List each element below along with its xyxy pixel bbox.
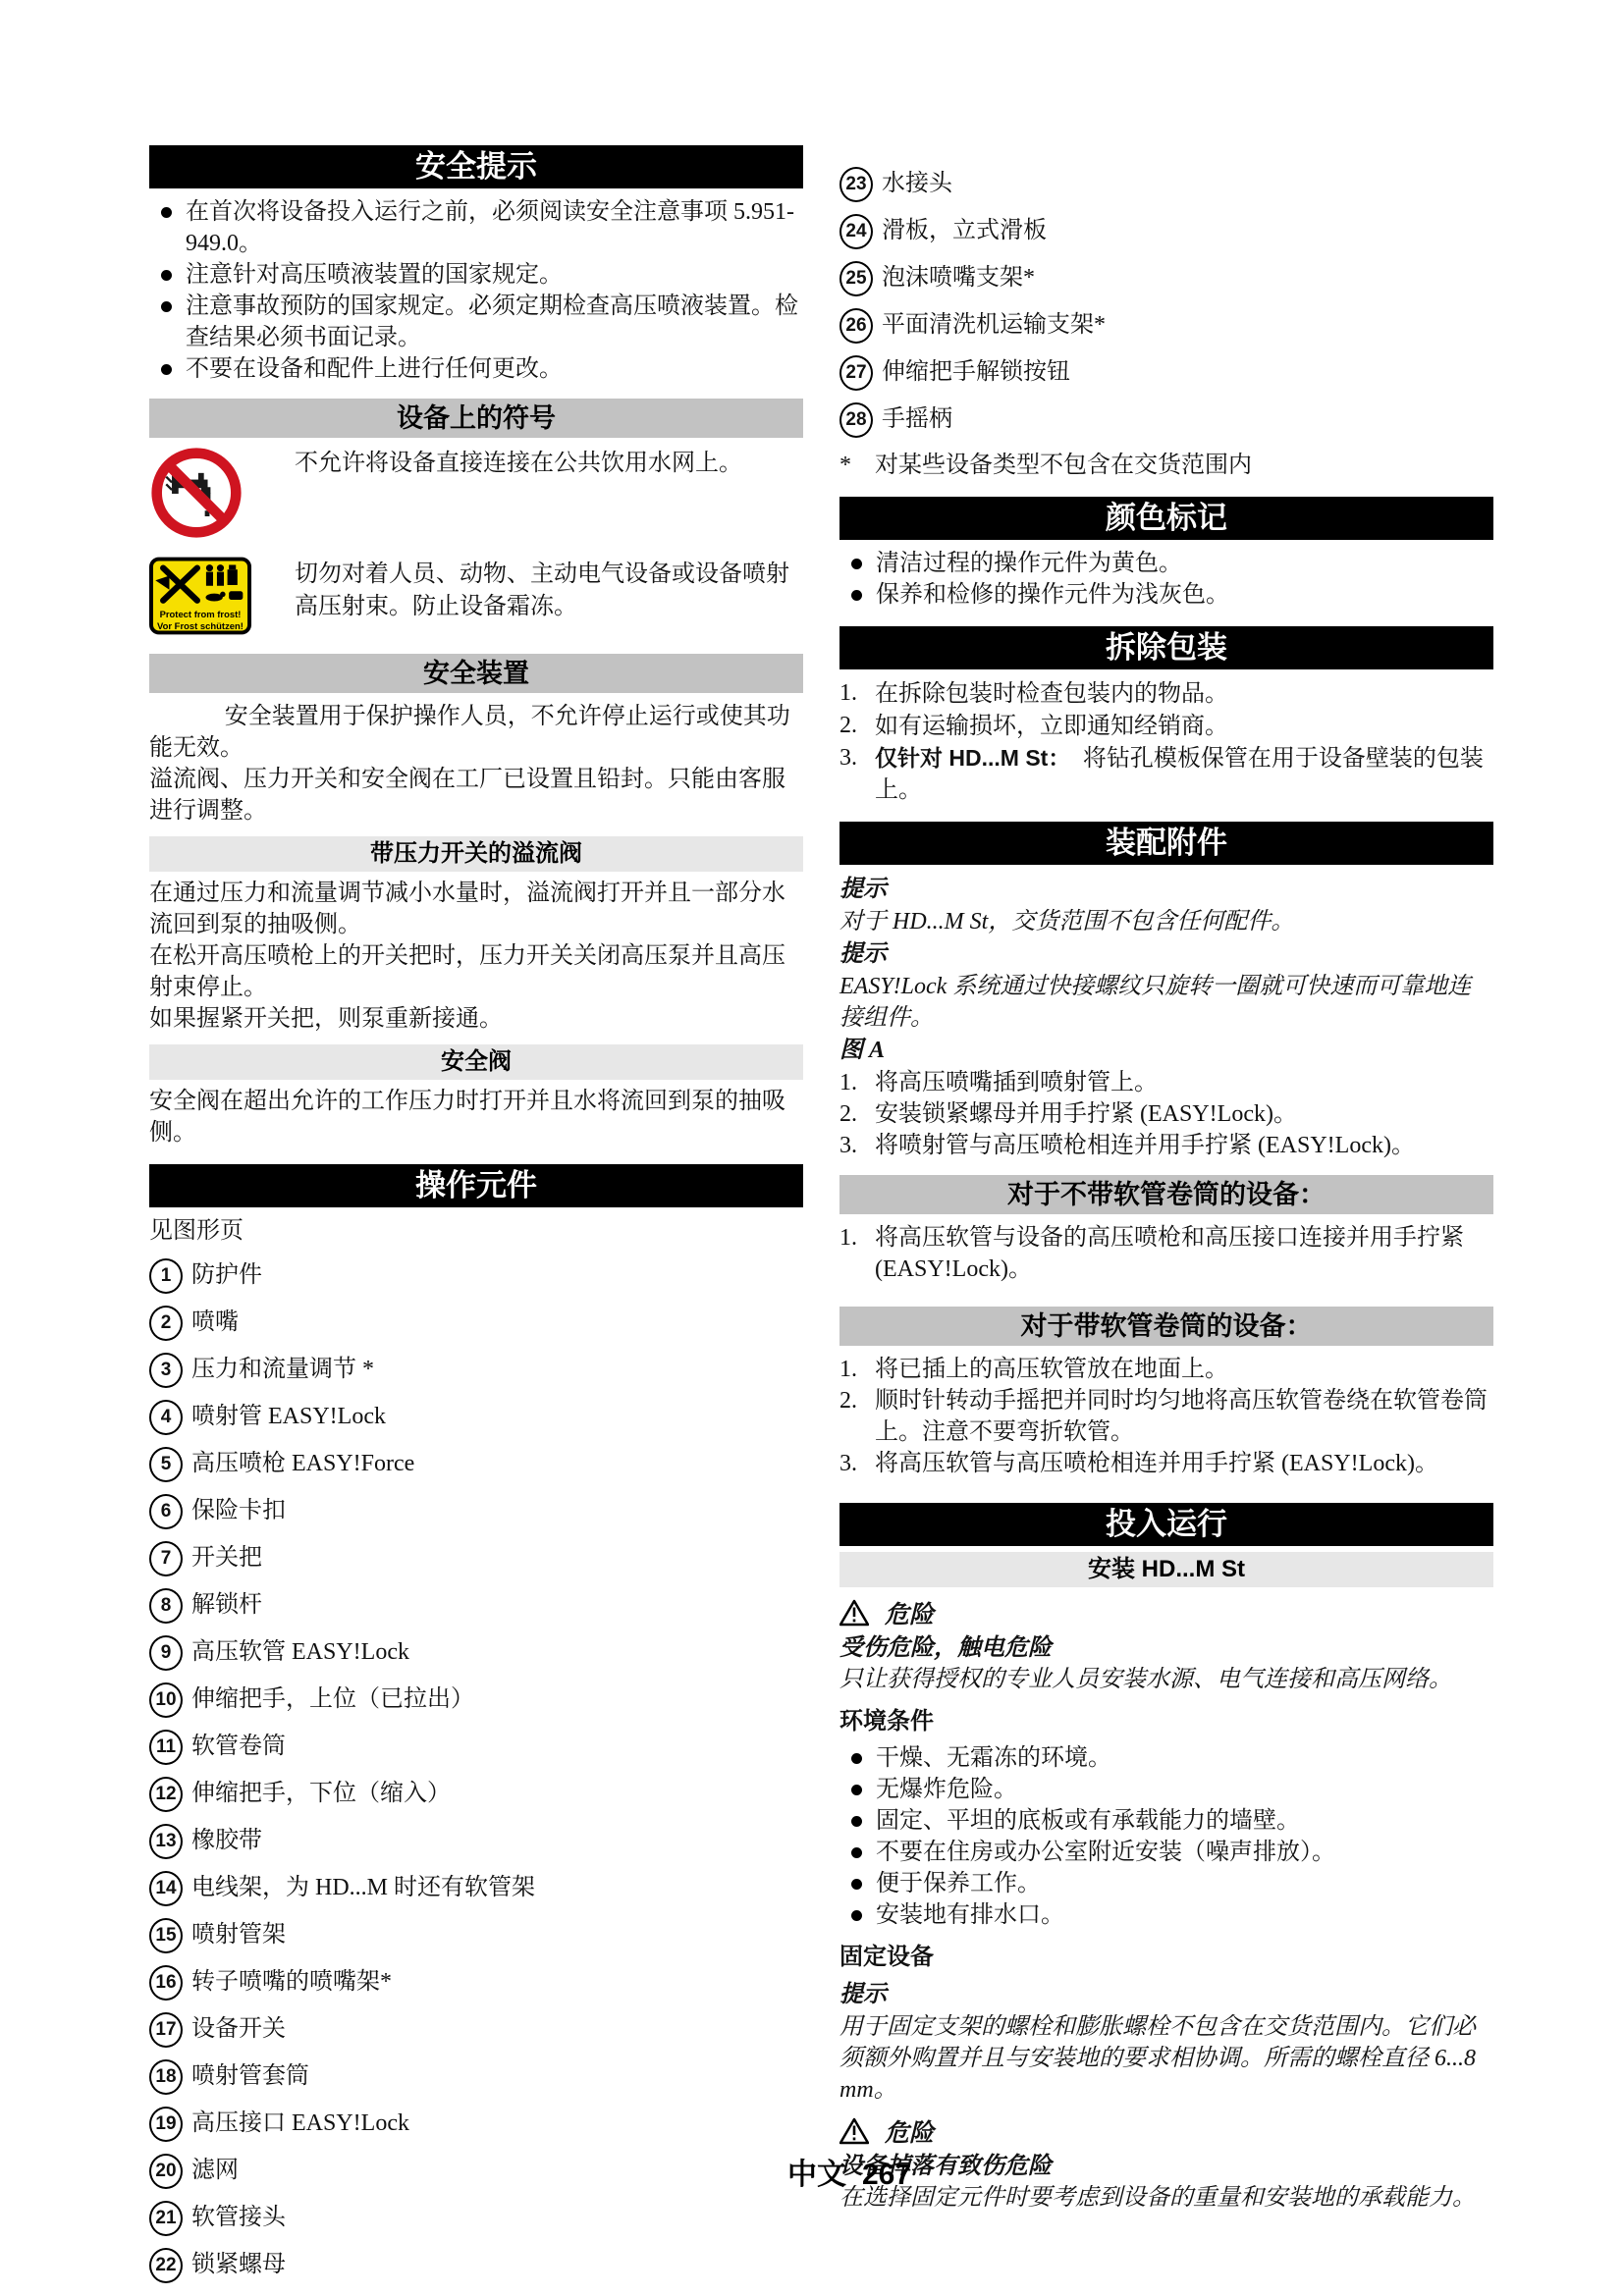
- control-item: 24 滑板，立式滑板: [839, 214, 1493, 249]
- control-item: 3 压力和流量调节 *: [149, 1353, 803, 1388]
- danger-label: 危险: [885, 2113, 934, 2149]
- note-text: 用于固定支架的螺栓和膨胀螺栓不包含在交货范围内。它们必须额外购置并且与安装地的要…: [839, 2011, 1493, 2106]
- unpacking-step-list: 1. 在拆除包装时检查包装内的物品。 2. 如有运输损坏，立即通知经销商。 3.…: [839, 677, 1493, 806]
- bullet-dot-icon: [851, 559, 862, 569]
- with-reel-step-list: 1. 将已插上的高压软管放在地面上。 2. 顺时针转动手摇把并同时均匀地将高压软…: [839, 1354, 1493, 1479]
- accessory-step-list: 1. 将高压喷嘴插到喷射管上。 2. 安装锁紧螺母并用手拧紧 (EASY!Loc…: [839, 1067, 1493, 1161]
- step-number: 3.: [839, 1130, 875, 1161]
- control-item: 23 水接头: [839, 167, 1493, 202]
- bullet-item: 保养和检修的操作元件为浅灰色。: [839, 579, 1493, 611]
- numbered-step: 3. 将高压软管与高压喷枪相连并用手拧紧 (EASY!Lock)。: [839, 1448, 1493, 1479]
- step-number: 2.: [839, 710, 875, 741]
- asterisk-mark: *: [839, 450, 875, 481]
- control-item: 25 泡沫喷嘴支架*: [839, 261, 1493, 296]
- control-item: 22 锁紧螺母: [149, 2248, 803, 2283]
- bullet-dot-icon: [851, 1816, 862, 1827]
- step-number: 2.: [839, 1098, 875, 1130]
- control-item-list: 1 防护件 2 喷嘴 3 压力和流量调节 * 4 喷射管 EASY!Lock: [149, 1258, 803, 2283]
- control-item: 13 橡胶带: [149, 1824, 803, 1859]
- bullet-text: 固定、平坦的底板或有承载能力的墙壁。: [876, 1805, 1493, 1837]
- control-item: 21 软管接头: [149, 2201, 803, 2236]
- paragraph: 见图形页: [149, 1215, 803, 1247]
- item-number-badge: 12: [149, 1777, 183, 1812]
- note-text: EASY!Lock 系统通过快接螺纹只旋转一圈就可快速而可靠地连接组件。: [839, 971, 1493, 1034]
- item-label: 软管接头: [191, 2201, 803, 2234]
- manual-page: 安全提示 在首次将设备投入运行之前，必须阅读安全注意事项 5.951-949.0…: [0, 0, 1624, 2296]
- subsection-heading-with-reel: 对于带软管卷筒的设备：: [839, 1307, 1493, 1346]
- bullet-item: 干燥、无霜冻的环境。: [839, 1742, 1493, 1774]
- without-reel-step-list: 1. 将高压软管与设备的高压喷枪和高压接口连接并用手拧紧 (EASY!Lock)…: [839, 1222, 1493, 1285]
- control-item: 17 设备开关: [149, 2012, 803, 2048]
- item-label: 伸缩把手解锁按钮: [882, 355, 1493, 389]
- item-label: 高压接口 EASY!Lock: [191, 2107, 803, 2140]
- control-item: 11 软管卷筒: [149, 1730, 803, 1765]
- step-text: 在拆除包装时检查包装内的物品。: [875, 677, 1493, 710]
- step-number: 2.: [839, 1385, 875, 1416]
- numbered-step: 1. 将已插上的高压软管放在地面上。: [839, 1354, 1493, 1385]
- footer-page-number: 267: [862, 2159, 911, 2191]
- numbered-step: 3. 将喷射管与高压喷枪相连并用手拧紧 (EASY!Lock)。: [839, 1130, 1493, 1161]
- paragraph: 溢流阀、压力开关和安全阀在工厂已设置且铅封。只能由客服进行调整。: [149, 764, 803, 827]
- item-number-badge: 19: [149, 2107, 183, 2142]
- step-number: 3.: [839, 742, 875, 774]
- paragraph: 如果握紧开关把，则泵重新接通。: [149, 1003, 803, 1035]
- control-item: 5 高压喷枪 EASY!Force: [149, 1447, 803, 1482]
- numbered-step: 1. 将高压喷嘴插到喷射管上。: [839, 1067, 1493, 1098]
- bullet-text: 不要在设备和配件上进行任何更改。: [186, 353, 803, 385]
- control-item: 1 防护件: [149, 1258, 803, 1294]
- symbol-row-frost-warning: Protect from frost! Vor Frost schützen! …: [149, 557, 803, 640]
- item-number-badge: 14: [149, 1871, 183, 1906]
- paragraph: 安全阀在超出允许的工作压力时打开并且水将流回到泵的抽吸侧。: [149, 1086, 803, 1148]
- frost-warning-label-icon: Protect from frost! Vor Frost schützen!: [149, 557, 295, 640]
- danger-label: 危险: [885, 1595, 934, 1630]
- symbol-row-no-drinking-water: 不允许将设备直接连接在公共饮用水网上。: [149, 446, 803, 545]
- footnote-text: 对某些设备类型不包含在交货范围内: [875, 450, 1252, 481]
- item-number-badge: 9: [149, 1635, 183, 1671]
- frost-label-line1: Protect from frost!: [160, 610, 242, 620]
- bullet-text: 注意事故预防的国家规定。必须定期检查高压喷液装置。检查结果必须书面记录。: [186, 291, 803, 353]
- bullet-text: 便于保养工作。: [876, 1868, 1493, 1899]
- env-bullet-list: 干燥、无霜冻的环境。 无爆炸危险。 固定、平坦的底板或有承载能力的墙壁。 不要在…: [839, 1742, 1493, 1931]
- item-number-badge: 15: [149, 1918, 183, 1953]
- note-label: 提示: [839, 1978, 1493, 2011]
- item-number-badge: 5: [149, 1447, 183, 1482]
- left-column: 安全提示 在首次将设备投入运行之前，必须阅读安全注意事项 5.951-949.0…: [149, 145, 803, 2295]
- step-text: 仅针对 HD...M St： 将钻孔模板保管在用于设备壁装的包装上。: [875, 742, 1493, 806]
- bullet-dot-icon: [851, 1847, 862, 1858]
- bullet-item: 固定、平坦的底板或有承载能力的墙壁。: [839, 1805, 1493, 1837]
- paragraph: 在通过压力和流量调节减小水量时，溢流阀打开并且一部分水流回到泵的抽吸侧。: [149, 878, 803, 940]
- bullet-dot-icon: [161, 270, 172, 281]
- no-drinking-water-icon: [149, 446, 295, 545]
- numbered-step: 1. 在拆除包装时检查包装内的物品。: [839, 677, 1493, 710]
- danger-text: 只让获得授权的专业人员安装水源、电气连接和高压网络。: [839, 1664, 1493, 1695]
- danger-title: 设备掉落有致伤危险: [839, 2151, 1493, 2182]
- item-label: 开关把: [191, 1541, 803, 1575]
- item-number-badge: 6: [149, 1494, 183, 1529]
- item-label: 水接头: [882, 167, 1493, 200]
- bullet-text: 清洁过程的操作元件为黄色。: [876, 548, 1493, 579]
- numbered-step: 3. 仅针对 HD...M St： 将钻孔模板保管在用于设备壁装的包装上。: [839, 742, 1493, 806]
- item-number-badge: 25: [839, 261, 873, 296]
- bullet-item: 注意针对高压喷液装置的国家规定。: [149, 259, 803, 291]
- section-heading-startup: 投入运行: [839, 1503, 1493, 1546]
- subsection-heading-safety-devices: 安全装置: [149, 654, 803, 693]
- danger-text: 在选择固定元件时要考虑到设备的重量和安装地的承载能力。: [839, 2182, 1493, 2214]
- bullet-text: 不要在住房或办公室附近安装（噪声排放）。: [876, 1837, 1493, 1868]
- item-label: 喷射管架: [191, 1918, 803, 1951]
- item-label: 防护件: [191, 1258, 803, 1292]
- control-item: 27 伸缩把手解锁按钮: [839, 355, 1493, 391]
- section-heading-accessories: 装配附件: [839, 822, 1493, 865]
- bullet-dot-icon: [851, 1753, 862, 1764]
- bullet-item: 便于保养工作。: [839, 1868, 1493, 1899]
- bullet-item: 在首次将设备投入运行之前，必须阅读安全注意事项 5.951-949.0。: [149, 196, 803, 259]
- bullet-dot-icon: [851, 1910, 862, 1921]
- item-number-badge: 16: [149, 1965, 183, 2001]
- control-item: 18 喷射管套筒: [149, 2059, 803, 2095]
- item-label: 锁紧螺母: [191, 2248, 803, 2281]
- step-text: 将高压喷嘴插到喷射管上。: [875, 1067, 1493, 1098]
- fasten-device-heading: 固定设备: [839, 1941, 1493, 1974]
- symbol-caption: 不允许将设备直接连接在公共饮用水网上。: [295, 446, 803, 480]
- safety-bullet-list: 在首次将设备投入运行之前，必须阅读安全注意事项 5.951-949.0。 注意针…: [149, 196, 803, 385]
- section-heading-color-coding: 颜色标记: [839, 497, 1493, 540]
- item-number-badge: 22: [149, 2248, 183, 2283]
- item-label: 保险卡扣: [191, 1494, 803, 1527]
- step-number: 1.: [839, 1222, 875, 1254]
- item-label: 滑板，立式滑板: [882, 214, 1493, 247]
- danger-heading: 危险: [839, 2113, 1493, 2149]
- item-number-badge: 17: [149, 2012, 183, 2048]
- item-number-badge: 7: [149, 1541, 183, 1576]
- step-text: 安装锁紧螺母并用手拧紧 (EASY!Lock)。: [875, 1098, 1493, 1130]
- step-lead-bold: 仅针对 HD...M St：: [875, 745, 1059, 771]
- item-label: 高压软管 EASY!Lock: [191, 1635, 803, 1669]
- control-item: 2 喷嘴: [149, 1306, 803, 1341]
- bullet-dot-icon: [161, 207, 172, 218]
- env-conditions-heading: 环境条件: [839, 1705, 1493, 1738]
- item-number-badge: 20: [149, 2154, 183, 2189]
- item-label: 压力和流量调节 *: [191, 1353, 803, 1386]
- step-text: 顺时针转动手摇把并同时均匀地将高压软管卷绕在软管卷筒上。注意不要弯折软管。: [875, 1385, 1493, 1448]
- item-number-badge: 10: [149, 1682, 183, 1718]
- bullet-item: 不要在设备和配件上进行任何更改。: [149, 353, 803, 385]
- item-label: 设备开关: [191, 2012, 803, 2046]
- control-item: 8 解锁杆: [149, 1588, 803, 1624]
- item-number-badge: 2: [149, 1306, 183, 1341]
- subsection-heading-symbols: 设备上的符号: [149, 399, 803, 438]
- control-item: 20 滤网: [149, 2154, 803, 2189]
- item-label: 喷射管套筒: [191, 2059, 803, 2093]
- symbol-caption: 切勿对着人员、动物、主动电气设备或设备喷射高压射束。防止设备霜冻。: [295, 557, 803, 623]
- control-item: 19 高压接口 EASY!Lock: [149, 2107, 803, 2142]
- control-item: 6 保险卡扣: [149, 1494, 803, 1529]
- bullet-dot-icon: [161, 301, 172, 312]
- control-item: 28 手摇柄: [839, 402, 1493, 438]
- bullet-dot-icon: [161, 364, 172, 375]
- note-label: 提示: [839, 873, 1493, 906]
- control-item: 10 伸缩把手，上位（已拉出）: [149, 1682, 803, 1718]
- numbered-step: 2. 如有运输损坏，立即通知经销商。: [839, 710, 1493, 742]
- section-heading-safety: 安全提示: [149, 145, 803, 188]
- item-label: 滤网: [191, 2154, 803, 2187]
- color-bullet-list: 清洁过程的操作元件为黄色。 保养和检修的操作元件为浅灰色。: [839, 548, 1493, 611]
- control-item: 12 伸缩把手，下位（缩入）: [149, 1777, 803, 1812]
- item-number-badge: 11: [149, 1730, 183, 1765]
- bullet-text: 保养和检修的操作元件为浅灰色。: [876, 579, 1493, 611]
- bullet-dot-icon: [851, 590, 862, 601]
- subsubsection-heading-install: 安装 HD...M St: [839, 1552, 1493, 1587]
- control-item: 4 喷射管 EASY!Lock: [149, 1400, 803, 1435]
- asterisk-footnote: * 对某些设备类型不包含在交货范围内: [839, 450, 1493, 481]
- step-text: 将已插上的高压软管放在地面上。: [875, 1354, 1493, 1385]
- frost-label-line2: Vor Frost schützen!: [157, 621, 244, 632]
- note-text: 对于 HD...M St，交货范围不包含任何配件。: [839, 906, 1493, 937]
- item-number-badge: 23: [839, 167, 873, 202]
- item-label: 软管卷筒: [191, 1730, 803, 1763]
- step-number: 1.: [839, 677, 875, 709]
- subsection-heading-without-reel: 对于不带软管卷筒的设备：: [839, 1175, 1493, 1214]
- bullet-item: 无爆炸危险。: [839, 1774, 1493, 1805]
- bullet-text: 无爆炸危险。: [876, 1774, 1493, 1805]
- bullet-item: 安装地有排水口。: [839, 1899, 1493, 1931]
- subsubsection-heading-overflow-valve: 带压力开关的溢流阀: [149, 836, 803, 872]
- step-text: 将高压软管与高压喷枪相连并用手拧紧 (EASY!Lock)。: [875, 1448, 1493, 1479]
- item-number-badge: 13: [149, 1824, 183, 1859]
- control-item-list-continued: 23 水接头 24 滑板，立式滑板 25 泡沫喷嘴支架* 26 平面清洗机运输支…: [839, 167, 1493, 438]
- item-label: 解锁杆: [191, 1588, 803, 1622]
- bullet-text: 注意针对高压喷液装置的国家规定。: [186, 259, 803, 291]
- item-label: 高压喷枪 EASY!Force: [191, 1447, 803, 1480]
- bullet-text: 在首次将设备投入运行之前，必须阅读安全注意事项 5.951-949.0。: [186, 196, 803, 259]
- danger-title: 受伤危险，触电危险: [839, 1632, 1493, 1664]
- item-label: 转子喷嘴的喷嘴架*: [191, 1965, 803, 1999]
- control-item: 15 喷射管架: [149, 1918, 803, 1953]
- bullet-text: 安装地有排水口。: [876, 1899, 1493, 1931]
- item-number-badge: 18: [149, 2059, 183, 2095]
- step-text: 将高压软管与设备的高压喷枪和高压接口连接并用手拧紧 (EASY!Lock)。: [875, 1222, 1493, 1285]
- numbered-step: 1. 将高压软管与设备的高压喷枪和高压接口连接并用手拧紧 (EASY!Lock)…: [839, 1222, 1493, 1285]
- item-number-badge: 26: [839, 308, 873, 344]
- section-heading-controls: 操作元件: [149, 1164, 803, 1207]
- item-label: 喷射管 EASY!Lock: [191, 1400, 803, 1433]
- bullet-text: 干燥、无霜冻的环境。: [876, 1742, 1493, 1774]
- item-number-badge: 28: [839, 402, 873, 438]
- item-number-badge: 1: [149, 1258, 183, 1294]
- danger-heading: 危险: [839, 1595, 1493, 1630]
- item-number-badge: 3: [149, 1353, 183, 1388]
- bullet-item: 清洁过程的操作元件为黄色。: [839, 548, 1493, 579]
- subsubsection-heading-safety-valve: 安全阀: [149, 1044, 803, 1080]
- figure-reference: 图 A: [839, 1034, 1493, 1067]
- control-item: 9 高压软管 EASY!Lock: [149, 1635, 803, 1671]
- bullet-dot-icon: [851, 1785, 862, 1795]
- warning-triangle-icon: [839, 2117, 869, 2145]
- paragraph: 在松开高压喷枪上的开关把时，压力开关关闭高压泵并且高压射束停止。: [149, 940, 803, 1003]
- control-item: 14 电线架，为 HD...M 时还有软管架: [149, 1871, 803, 1906]
- item-number-badge: 24: [839, 214, 873, 249]
- warning-triangle-icon: [839, 1599, 869, 1627]
- step-number: 1.: [839, 1067, 875, 1098]
- item-number-badge: 4: [149, 1400, 183, 1435]
- step-text: 如有运输损坏，立即通知经销商。: [875, 710, 1493, 742]
- control-item: 16 转子喷嘴的喷嘴架*: [149, 1965, 803, 2001]
- item-label: 泡沫喷嘴支架*: [882, 261, 1493, 294]
- control-item: 7 开关把: [149, 1541, 803, 1576]
- right-column: 23 水接头 24 滑板，立式滑板 25 泡沫喷嘴支架* 26 平面清洗机运输支…: [839, 145, 1493, 2214]
- step-number: 1.: [839, 1354, 875, 1385]
- step-text: 将喷射管与高压喷枪相连并用手拧紧 (EASY!Lock)。: [875, 1130, 1493, 1161]
- numbered-step: 2. 安装锁紧螺母并用手拧紧 (EASY!Lock)。: [839, 1098, 1493, 1130]
- note-label: 提示: [839, 937, 1493, 971]
- item-label: 橡胶带: [191, 1824, 803, 1857]
- paragraph: 安全装置用于保护操作人员，不允许停止运行或使其功能无效。: [149, 701, 803, 764]
- footer-language: 中文: [787, 2159, 846, 2191]
- item-label: 伸缩把手，下位（缩入）: [191, 1777, 803, 1810]
- bullet-item: 不要在住房或办公室附近安装（噪声排放）。: [839, 1837, 1493, 1868]
- item-label: 手摇柄: [882, 402, 1493, 436]
- item-label: 电线架，为 HD...M 时还有软管架: [191, 1871, 803, 1904]
- item-number-badge: 27: [839, 355, 873, 391]
- item-label: 平面清洗机运输支架*: [882, 308, 1493, 342]
- control-item: 26 平面清洗机运输支架*: [839, 308, 1493, 344]
- item-label: 伸缩把手，上位（已拉出）: [191, 1682, 803, 1716]
- page-footer: 中文267: [780, 2150, 919, 2193]
- bullet-item: 注意事故预防的国家规定。必须定期检查高压喷液装置。检查结果必须书面记录。: [149, 291, 803, 353]
- bullet-dot-icon: [851, 1879, 862, 1890]
- item-number-badge: 8: [149, 1588, 183, 1624]
- step-number: 3.: [839, 1448, 875, 1479]
- item-number-badge: 21: [149, 2201, 183, 2236]
- numbered-step: 2. 顺时针转动手摇把并同时均匀地将高压软管卷绕在软管卷筒上。注意不要弯折软管。: [839, 1385, 1493, 1448]
- section-heading-unpacking: 拆除包装: [839, 626, 1493, 669]
- item-label: 喷嘴: [191, 1306, 803, 1339]
